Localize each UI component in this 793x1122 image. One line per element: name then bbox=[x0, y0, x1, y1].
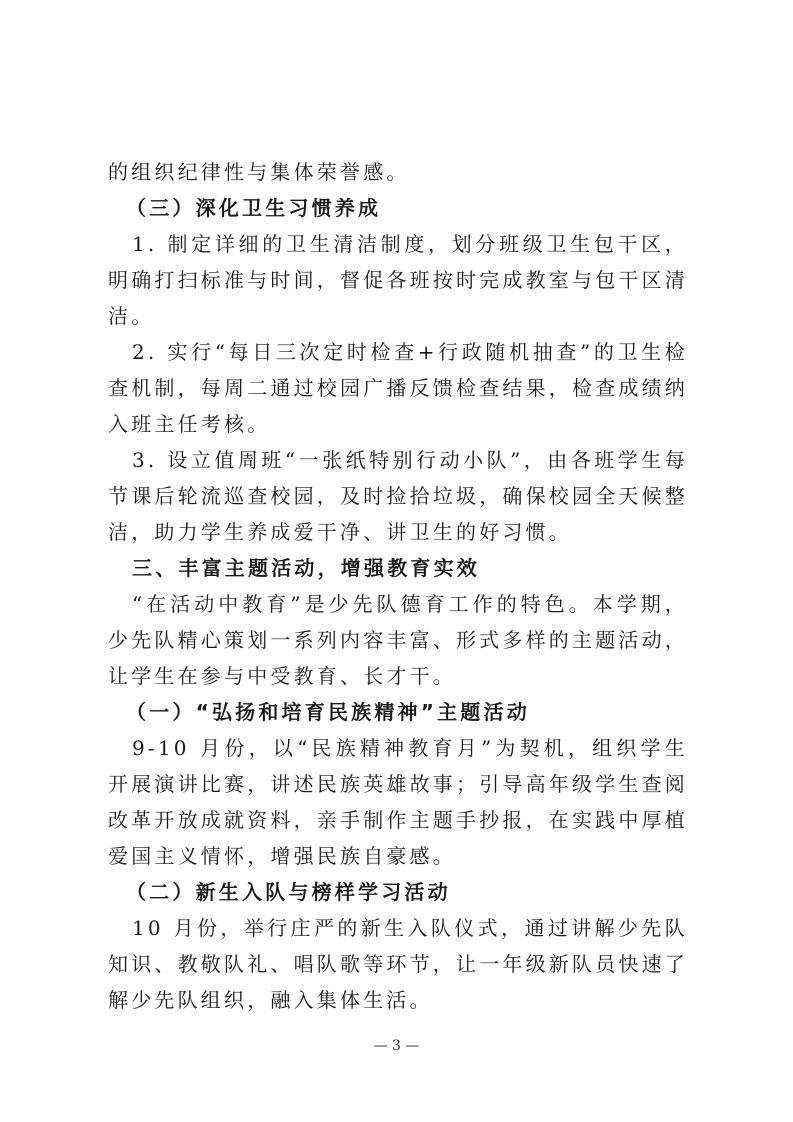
document-body: 的组织纪律性与集体荣誉感。 （三）深化卫生习惯养成 1. 制定详细的卫生清洁制度… bbox=[108, 154, 688, 1018]
paragraph-item-1: 1. 制定详细的卫生清洁制度，划分班级卫生包干区，明确打扫标准与时间，督促各班按… bbox=[108, 226, 688, 334]
paragraph-item-2: 2. 实行“每日三次定时检查+行政随机抽查”的卫生检查机制，每周二通过校园广播反… bbox=[108, 334, 688, 442]
document-page: 的组织纪律性与集体荣誉感。 （三）深化卫生习惯养成 1. 制定详细的卫生清洁制度… bbox=[0, 0, 793, 1122]
page-number: — 3 — bbox=[0, 1038, 793, 1054]
paragraph-activities-intro: “在活动中教育”是少先队德育工作的特色。本学期，少先队精心策划一系列内容丰富、形… bbox=[108, 586, 688, 694]
subheading-new-members: （二）新生入队与榜样学习活动 bbox=[108, 874, 688, 910]
heading-section-3: 三、丰富主题活动，增强教育实效 bbox=[108, 550, 688, 586]
paragraph-continuation: 的组织纪律性与集体荣誉感。 bbox=[108, 154, 688, 190]
paragraph-new-members: 10 月份，举行庄严的新生入队仪式，通过讲解少先队知识、教敬队礼、唱队歌等环节，… bbox=[108, 910, 688, 1018]
paragraph-item-3: 3. 设立值周班“一张纸特别行动小队”，由各班学生每节课后轮流巡查校园，及时捡拾… bbox=[108, 442, 688, 550]
subheading-national-spirit: （一）“弘扬和培育民族精神”主题活动 bbox=[108, 694, 688, 730]
subheading-hygiene: （三）深化卫生习惯养成 bbox=[108, 190, 688, 226]
paragraph-national-spirit: 9-10 月份，以“民族精神教育月”为契机，组织学生开展演讲比赛，讲述民族英雄故… bbox=[108, 730, 688, 874]
